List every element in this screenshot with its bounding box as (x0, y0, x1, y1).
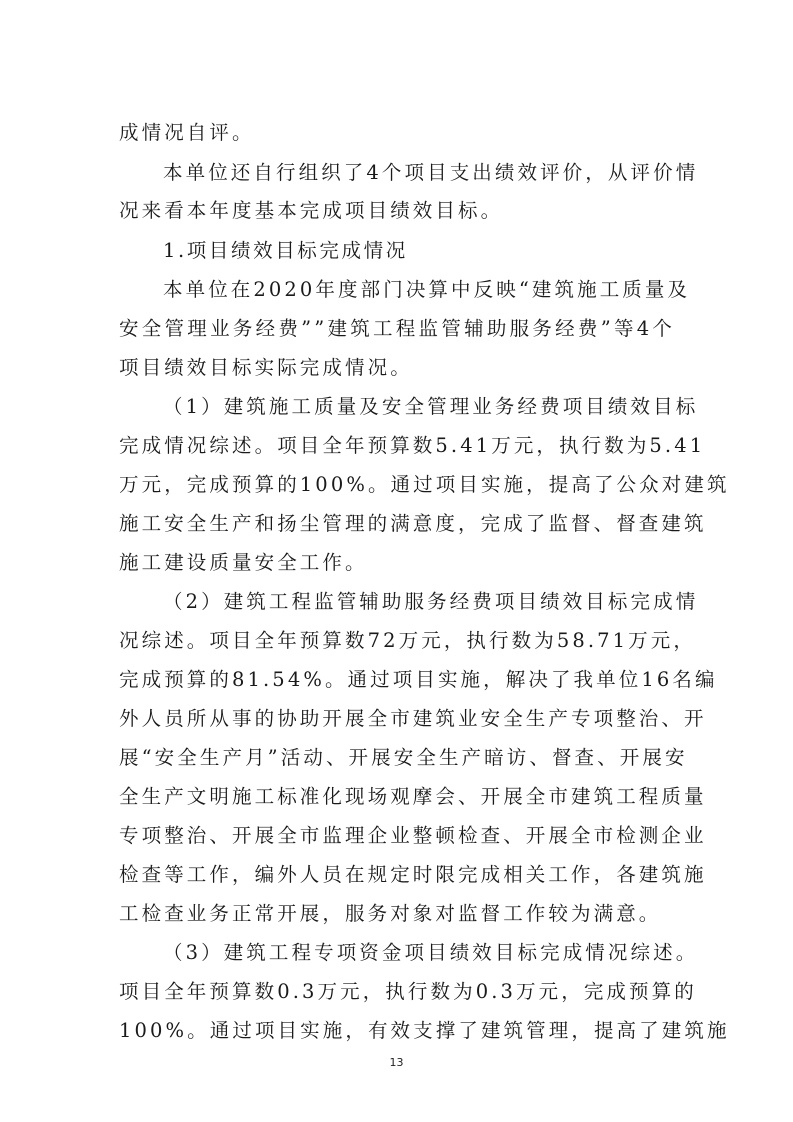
paragraph-line: 外人员所从事的协助开展全市建筑业安全生产专项整治、开 (119, 704, 675, 734)
paragraph-line: 完成预算的81.54%。通过项目实施，解决了我单位16名编 (119, 665, 675, 695)
paragraph-line: 完成情况综述。项目全年预算数5.41万元，执行数为5.41 (119, 431, 675, 461)
paragraph-line: 专项整治、开展全市监理企业整顿检查、开展全市检测企业 (119, 821, 675, 851)
paragraph-line: 万元，完成预算的100%。通过项目实施，提高了公众对建筑 (119, 470, 675, 500)
paragraph-line: 展“安全生产月”活动、开展安全生产暗访、督查、开展安 (119, 743, 675, 773)
paragraph-line: 本单位还自行组织了4个项目支出绩效评价，从评价情 (163, 158, 675, 188)
paragraph-line: 100%。通过项目实施，有效支撑了建筑管理，提高了建筑施 (119, 1016, 675, 1046)
section-heading: 1.项目绩效目标完成情况 (163, 236, 675, 266)
document-page: 13 成情况自评。本单位还自行组织了4个项目支出绩效评价，从评价情况来看本年度基… (0, 0, 793, 1122)
paragraph-line: 全生产文明施工标准化现场观摩会、开展全市建筑工程质量 (119, 782, 675, 812)
paragraph-line: 工检查业务正常开展，服务对象对监督工作较为满意。 (119, 899, 675, 929)
paragraph-line: 检查等工作，编外人员在规定时限完成相关工作，各建筑施 (119, 860, 675, 890)
paragraph-line: （1）建筑施工质量及安全管理业务经费项目绩效目标 (163, 392, 675, 422)
paragraph-line: 项目绩效目标实际完成情况。 (119, 353, 675, 383)
paragraph-line: 况综述。项目全年预算数72万元，执行数为58.71万元， (119, 626, 675, 656)
paragraph-line: 项目全年预算数0.3万元，执行数为0.3万元，完成预算的 (119, 977, 675, 1007)
paragraph-line: （2）建筑工程监管辅助服务经费项目绩效目标完成情 (163, 587, 675, 617)
paragraph-line: 况来看本年度基本完成项目绩效目标。 (119, 196, 675, 226)
paragraph-line: 施工安全生产和扬尘管理的满意度，完成了监督、督查建筑 (119, 509, 675, 539)
paragraph-line: 本单位在2020年度部门决算中反映“建筑施工质量及 (163, 275, 675, 305)
paragraph-line: 安全管理业务经费””建筑工程监管辅助服务经费”等4个 (119, 314, 675, 344)
page-number: 13 (0, 1056, 793, 1069)
paragraph-line: 施工建设质量安全工作。 (119, 548, 675, 578)
paragraph-line: （3）建筑工程专项资金项目绩效目标完成情况综述。 (163, 938, 675, 968)
paragraph-line: 成情况自评。 (119, 118, 675, 148)
